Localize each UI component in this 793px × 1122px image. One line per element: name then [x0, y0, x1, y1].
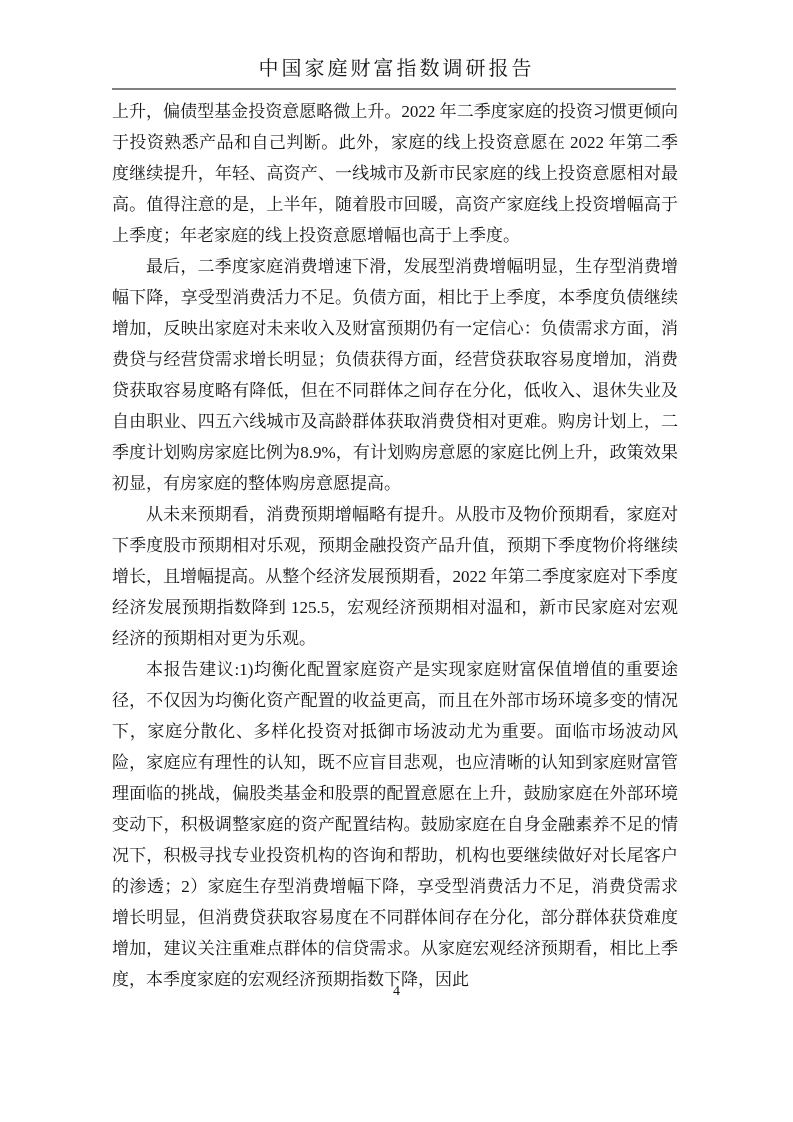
body-paragraph-4: 本报告建议:1)均衡化配置家庭资产是实现家庭财富保值增值的重要途径，不仅因为均衡…	[112, 654, 678, 995]
document-body: 上升，偏债型基金投资意愿略微上升。2022 年二季度家庭的投资习惯更倾向于投资熟…	[112, 96, 678, 995]
body-paragraph-1: 上升，偏债型基金投资意愿略微上升。2022 年二季度家庭的投资习惯更倾向于投资熟…	[112, 96, 678, 251]
header-divider	[112, 88, 676, 90]
body-paragraph-2: 最后，二季度家庭消费增速下滑，发展型消费增幅明显，生存型消费增幅下降，享受型消费…	[112, 251, 678, 499]
body-paragraph-3: 从未来预期看，消费预期增幅略有提升。从股市及物价预期看，家庭对下季度股市预期相对…	[112, 499, 678, 654]
page-number: 4	[0, 984, 793, 1000]
page-header-title: 中国家庭财富指数调研报告	[0, 52, 793, 81]
document-page: 中国家庭财富指数调研报告 上升，偏债型基金投资意愿略微上升。2022 年二季度家…	[0, 0, 793, 1122]
